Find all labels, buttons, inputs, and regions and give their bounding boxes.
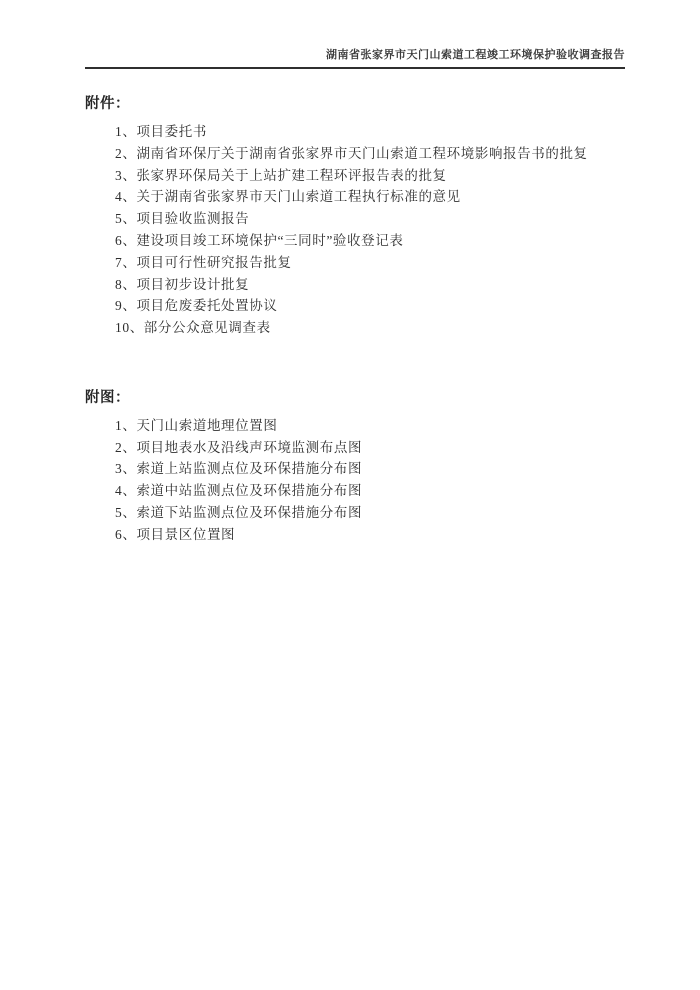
list-item: 2、湖南省环保厅关于湖南省张家界市天门山索道工程环境影响报告书的批复 <box>115 143 625 165</box>
document-page: 湖南省张家界市天门山索道工程竣工环境保护验收调查报告 附件： 1、项目委托书 2… <box>0 0 700 990</box>
page-content: 湖南省张家界市天门山索道工程竣工环境保护验收调查报告 附件： 1、项目委托书 2… <box>85 0 625 546</box>
section-figures: 附图： 1、天门山索道地理位置图 2、项目地表水及沿线声环境监测布点图 3、索道… <box>85 391 625 546</box>
list-item: 3、张家界环保局关于上站扩建工程环评报告表的批复 <box>115 165 625 187</box>
list-item: 7、项目可行性研究报告批复 <box>115 252 625 274</box>
section-heading-figures: 附图： <box>85 391 625 407</box>
list-item: 9、项目危废委托处置协议 <box>115 295 625 317</box>
list-item: 6、项目景区位置图 <box>115 524 625 546</box>
list-item: 1、项目委托书 <box>115 121 625 143</box>
figures-list: 1、天门山索道地理位置图 2、项目地表水及沿线声环境监测布点图 3、索道上站监测… <box>85 415 625 546</box>
list-item: 1、天门山索道地理位置图 <box>115 415 625 437</box>
list-item: 4、关于湖南省张家界市天门山索道工程执行标准的意见 <box>115 186 625 208</box>
attachments-list: 1、项目委托书 2、湖南省环保厅关于湖南省张家界市天门山索道工程环境影响报告书的… <box>85 121 625 339</box>
list-item: 5、索道下站监测点位及环保措施分布图 <box>115 502 625 524</box>
list-item: 5、项目验收监测报告 <box>115 208 625 230</box>
list-item: 2、项目地表水及沿线声环境监测布点图 <box>115 437 625 459</box>
section-attachments: 附件： 1、项目委托书 2、湖南省环保厅关于湖南省张家界市天门山索道工程环境影响… <box>85 97 625 339</box>
section-heading-attachments: 附件： <box>85 97 625 113</box>
list-item: 10、部分公众意见调查表 <box>115 317 625 339</box>
running-header-title: 湖南省张家界市天门山索道工程竣工环境保护验收调查报告 <box>326 49 625 61</box>
list-item: 8、项目初步设计批复 <box>115 274 625 296</box>
running-header: 湖南省张家界市天门山索道工程竣工环境保护验收调查报告 <box>85 0 625 69</box>
list-item: 3、索道上站监测点位及环保措施分布图 <box>115 458 625 480</box>
list-item: 6、建设项目竣工环境保护“三同时”验收登记表 <box>115 230 625 252</box>
list-item: 4、索道中站监测点位及环保措施分布图 <box>115 480 625 502</box>
